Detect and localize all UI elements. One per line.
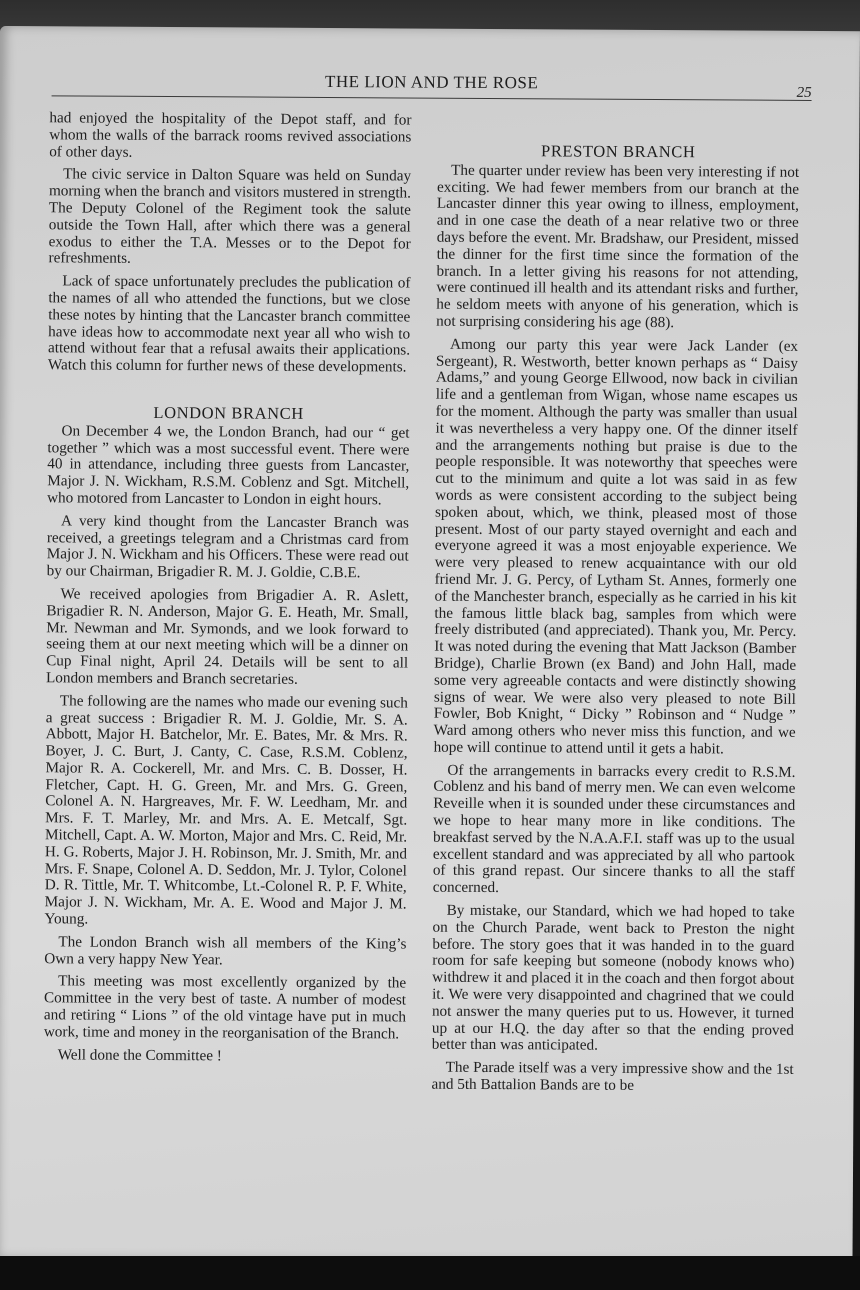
london-branch-heading: LONDON BRANCH <box>48 404 410 423</box>
london-paragraph: Well done the Committee ! <box>44 1047 406 1066</box>
lancaster-paragraph: The civic service in Dalton Square was h… <box>49 167 412 270</box>
london-paragraph: The London Branch wish all members of th… <box>44 934 406 970</box>
right-column: PRESTON BRANCH The quarter under review … <box>431 113 799 1102</box>
preston-paragraph: Of the arrangements in barracks every cr… <box>433 762 796 899</box>
preston-paragraph: By mistake, our Standard, which we had h… <box>432 903 795 1056</box>
london-attendees-paragraph: The following are the names who made our… <box>44 693 407 930</box>
london-paragraph: We received apologies from Brigadier A. … <box>46 586 409 689</box>
preston-paragraph: The Parade itself was a very impressive … <box>431 1060 793 1096</box>
preston-branch-heading: PRESTON BRANCH <box>437 143 799 162</box>
header-rule <box>52 95 812 101</box>
running-head: THE LION AND THE ROSE 25 <box>52 68 812 107</box>
london-paragraph: On December 4 we, the London Branch, had… <box>47 423 410 509</box>
london-paragraph: A very kind thought from the Lancaster B… <box>47 513 409 582</box>
preston-paragraph: The quarter under review has been very i… <box>436 162 799 332</box>
magazine-page: THE LION AND THE ROSE 25 had enjoyed the… <box>0 26 860 1263</box>
lancaster-paragraph: had enjoyed the hospitality of the Depot… <box>49 110 411 163</box>
running-title: THE LION AND THE ROSE <box>52 70 812 95</box>
preston-paragraph: Among our party this year were Jack Land… <box>434 336 799 758</box>
london-paragraph: This meeting was most excellently organi… <box>44 974 406 1043</box>
left-column: had enjoyed the hospitality of the Depot… <box>44 110 412 1072</box>
lancaster-paragraph: Lack of space unfortunately precludes th… <box>48 273 411 376</box>
scan-bottom-edge <box>0 1256 860 1290</box>
